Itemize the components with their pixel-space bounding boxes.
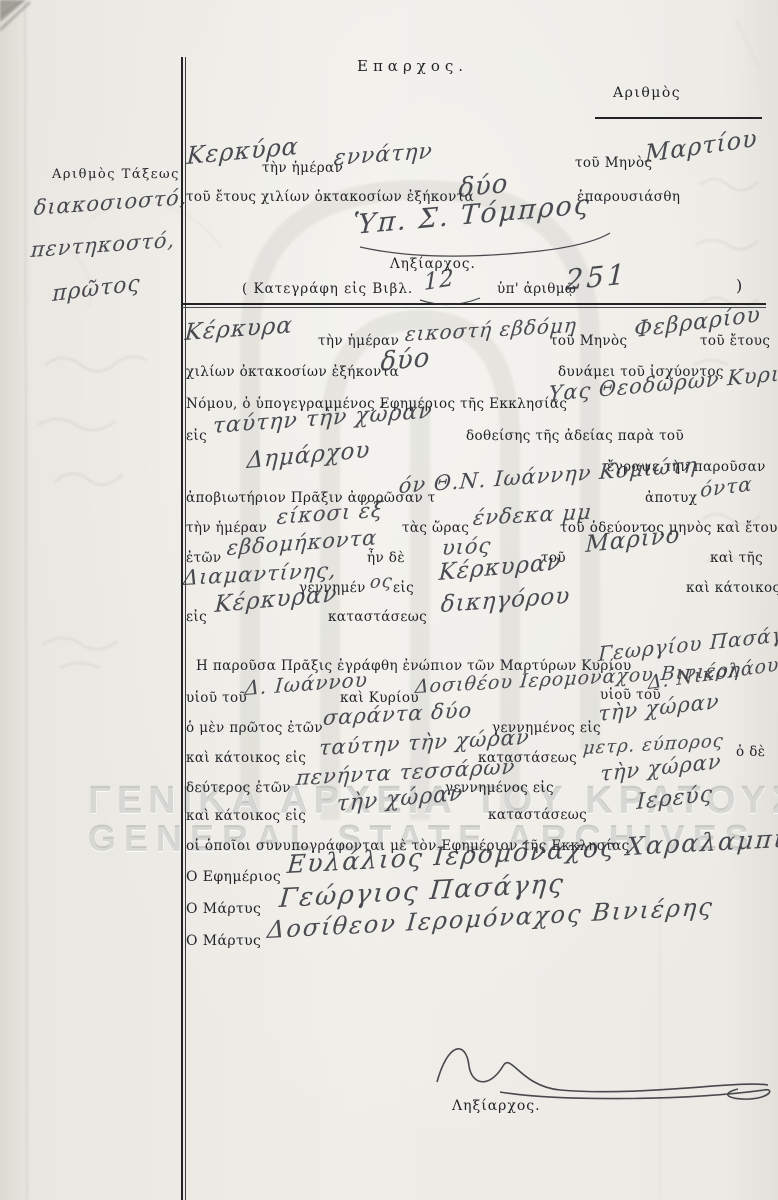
- act-at-label: εἰς: [186, 428, 207, 444]
- second-witness-age-label: δεύτερος ἐτῶν: [186, 780, 291, 796]
- order-number-handwriting-1: διακοσιοστό,: [33, 185, 188, 220]
- registration-month: Μαρτίου: [645, 124, 758, 168]
- death-hours-label: τὰς ὥρας: [402, 520, 469, 536]
- deceased-status: δικηγόρου: [440, 583, 571, 618]
- witness1-role-label: Ο Μάρτυς: [186, 901, 261, 917]
- first-witness-age-label: ὁ μὲν πρῶτος ἐτῶν: [186, 720, 323, 736]
- o-de-label: ὁ δὲ: [736, 744, 765, 760]
- act-place: Κέρκυρα: [184, 312, 294, 346]
- act-church: Υας Θεοδώρων Κυριακής Αντ.: [548, 352, 778, 406]
- eparchos-heading: Επαρχος.: [357, 57, 468, 75]
- second-witness-status-label: καταστάσεως: [488, 807, 587, 823]
- order-number-label: Αριθμὸς Τάξεως: [52, 167, 180, 182]
- order-number-handwriting-3: πρῶτος: [52, 271, 141, 307]
- registrar-title-bottom: Ληξίαρχος.: [452, 1098, 541, 1114]
- second-witness-resident-label: καὶ κάτοικος εἰς: [186, 808, 306, 824]
- section-divider-top: [182, 303, 766, 305]
- act-permission-label: δοθείσης τῆς ἀδείας παρὰ τοῦ: [466, 428, 684, 444]
- and-of-label: καὶ τῆς: [710, 550, 763, 566]
- resident-label: καὶ κάτοικος: [686, 580, 778, 596]
- act-year-label-1: τοῦ ἔτους: [700, 333, 770, 349]
- book-number: 12: [424, 265, 455, 296]
- born-at-label: εἰς: [393, 580, 414, 596]
- vertical-rule-inner: [185, 57, 186, 1200]
- died-label: ἀποτυχ: [645, 490, 697, 506]
- born-suffix: ος: [369, 571, 394, 593]
- act-year-label-2: χιλίων ὀκτακοσίων ἐξήκοντα: [186, 364, 399, 380]
- act-authority: Δημάρχου: [246, 437, 371, 474]
- died-suffix: όντα: [700, 471, 753, 502]
- was-label: ἦν δὲ: [367, 550, 405, 566]
- vertical-rule-outer: [181, 57, 183, 1200]
- act-month-label: τοῦ Μηνὸς: [550, 333, 628, 349]
- priest-role-label: Ο Εφημέριος: [186, 869, 281, 885]
- son-of-label-1: υἱοῦ τοῦ: [186, 690, 247, 706]
- arithmos-underline: [595, 117, 762, 119]
- registration-day: εννάτην: [333, 139, 434, 171]
- registration-presented-label: ἐπαρουσιάσθη: [577, 189, 680, 205]
- residence-at-label: εἰς: [186, 609, 207, 625]
- section-divider-bottom: [182, 307, 766, 308]
- status-label: καταστάσεως: [328, 609, 427, 625]
- arithmos-label: Αριθμὸς: [613, 85, 681, 101]
- registration-month-label: τοῦ Μηνὸς: [575, 155, 653, 171]
- order-number-handwriting-2: πεντηκοστό,: [30, 228, 176, 262]
- witness2-role-label: Ο Μάρτυς: [186, 933, 261, 949]
- scanned-document-page: ΓΕΝΙΚΑ ΑΡΧΕΙΑ ΤΟΥ ΚΡΑΤΟΥΣ GENERAL STATE …: [0, 0, 778, 1200]
- act-year: δύο: [380, 342, 431, 378]
- paren-close: ): [736, 276, 743, 295]
- act-number: 251: [565, 257, 628, 297]
- recorded-in-book-label: ( Κατεγράφη εἰς Βιβλ.: [242, 281, 413, 297]
- registration-day-label: τὴν ἡμέραν: [262, 160, 343, 176]
- first-witness-resident-label: καὶ κάτοικος εἰς: [186, 750, 306, 766]
